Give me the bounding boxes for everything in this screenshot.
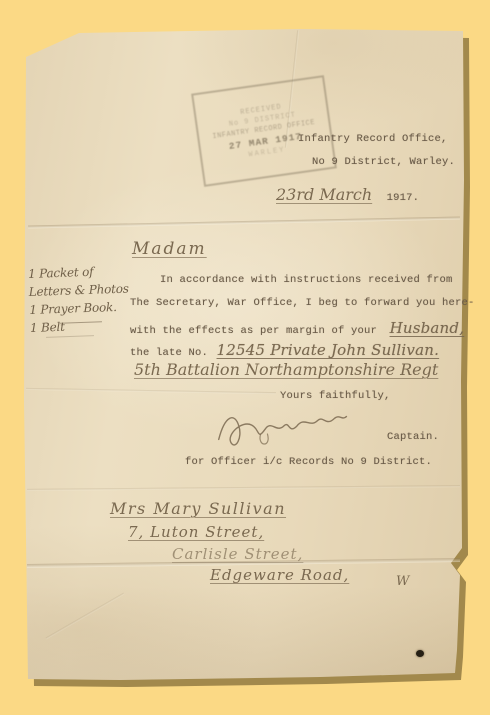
address-road: Edgeware Road, bbox=[210, 566, 349, 584]
body-line5-handwritten: 5th Battalion Northamptonshire Regt bbox=[134, 360, 438, 379]
office-name-line1: Infantry Record Office, bbox=[298, 133, 448, 145]
date-handwritten: 23rd March bbox=[252, 185, 378, 204]
margin-effects-list: 1 Packet of Letters & Photos 1 Prayer Bo… bbox=[28, 261, 145, 337]
address-postal-district: W bbox=[396, 574, 409, 589]
body-line1: In accordance with instructions received… bbox=[160, 274, 453, 286]
received-date-stamp: RECEIVED No 9 DISTRICT INFANTRY RECORD O… bbox=[191, 75, 337, 187]
office-name-line2: No 9 District, Warley. bbox=[312, 156, 455, 168]
body-line3-typed: with the effects as per margin of your bbox=[130, 325, 377, 337]
letter-date: 23rd March 1917. bbox=[252, 185, 419, 205]
signer-rank: Captain. bbox=[387, 431, 439, 443]
body-line3: with the effects as per margin of your H… bbox=[130, 319, 464, 337]
scanned-letter-page: RECEIVED No 9 DISTRICT INFANTRY RECORD O… bbox=[0, 0, 490, 715]
body-line4-handwritten: 12545 Private John Sullivan. bbox=[217, 341, 440, 359]
body-line4: the late No. 12545 Private John Sullivan… bbox=[130, 341, 439, 359]
address-street: 7, Luton Street, bbox=[128, 523, 264, 541]
salutation: Madam bbox=[132, 239, 207, 259]
address-street2: Carlisle Street, bbox=[172, 545, 303, 563]
signer-for-line: for Officer i/c Records No 9 District. bbox=[185, 456, 432, 468]
signature bbox=[210, 398, 353, 456]
body-line3-handwritten: Husband, bbox=[390, 319, 465, 337]
address-name: Mrs Mary Sullivan bbox=[110, 499, 286, 518]
ink-spot bbox=[416, 650, 424, 657]
date-year-typed: 1917. bbox=[387, 192, 420, 204]
body-line4-typed: the late No. bbox=[130, 347, 208, 359]
body-line2: The Secretary, War Office, I beg to forw… bbox=[130, 297, 475, 309]
